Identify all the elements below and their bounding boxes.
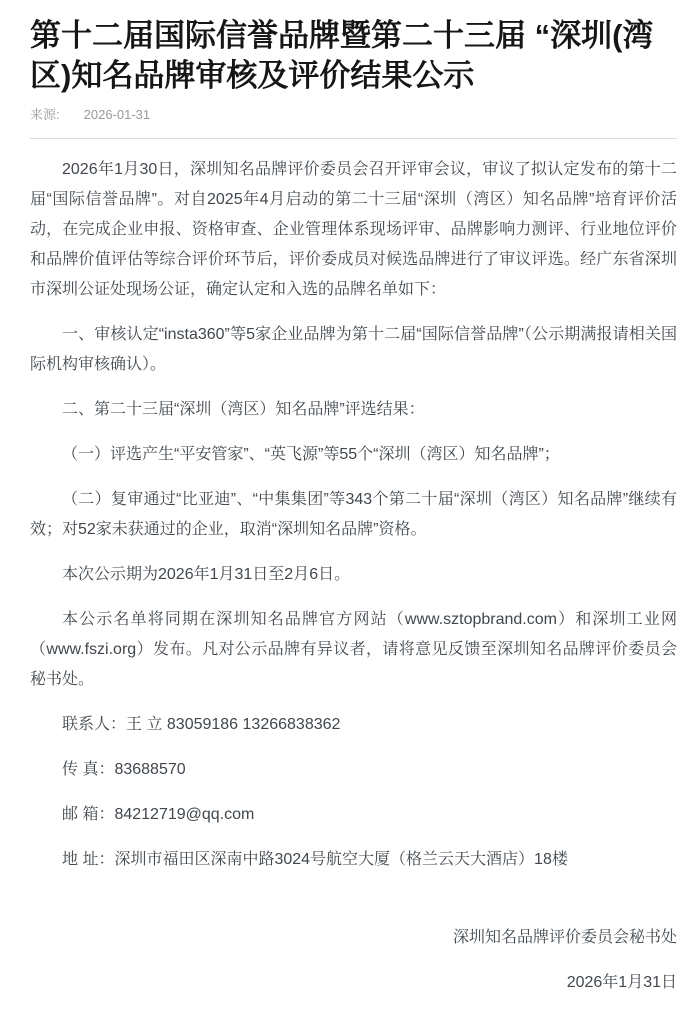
body-paragraph-5: （二）复审通过“比亚迪”、“中集集团”等343个第二十届“深圳（湾区）知名品牌”…	[30, 485, 677, 545]
header-divider	[30, 138, 677, 139]
article-body: 2026年1月30日，深圳知名品牌评价委员会召开评审会议，审议了拟认定发布的第十…	[30, 155, 677, 998]
body-paragraph-7: 本公示名单将同期在深圳知名品牌官方网站（www.sztopbrand.com）和…	[30, 605, 677, 695]
source-label: 来源:	[30, 107, 60, 122]
body-paragraph-3: 二、第二十三届“深圳（湾区）知名品牌”评选结果：	[30, 395, 677, 425]
body-paragraph-6: 本次公示期为2026年1月31日至2月6日。	[30, 560, 677, 590]
body-paragraph-4: （一）评选产生“平安管家”、“英飞源”等55个“深圳（湾区）知名品牌”；	[30, 440, 677, 470]
meta-row: 来源:2026-01-31	[30, 105, 677, 124]
contact-line-person: 联系人：王 立 83059186 13266838362	[30, 710, 677, 740]
signature-org: 深圳知名品牌评价委员会秘书处	[30, 923, 677, 953]
announcement-page: 第十二届国际信誉品牌暨第二十三届 “深圳(湾区)知名品牌审核及评价结果公示 来源…	[0, 0, 698, 1019]
contact-line-fax: 传 真：83688570	[30, 755, 677, 785]
contact-line-email: 邮 箱：84212719@qq.com	[30, 800, 677, 830]
body-paragraph-2: 一、审核认定“insta360”等5家企业品牌为第十二届“国际信誉品牌”（公示期…	[30, 320, 677, 380]
signature-date: 2026年1月31日	[30, 968, 677, 998]
body-paragraph-1: 2026年1月30日，深圳知名品牌评价委员会召开评审会议，审议了拟认定发布的第十…	[30, 155, 677, 305]
page-title: 第十二届国际信誉品牌暨第二十三届 “深圳(湾区)知名品牌审核及评价结果公示	[30, 16, 677, 96]
publish-date: 2026-01-31	[84, 107, 151, 122]
contact-line-address: 地 址：深圳市福田区深南中路3024号航空大厦（格兰云天大酒店）18楼	[30, 845, 677, 875]
